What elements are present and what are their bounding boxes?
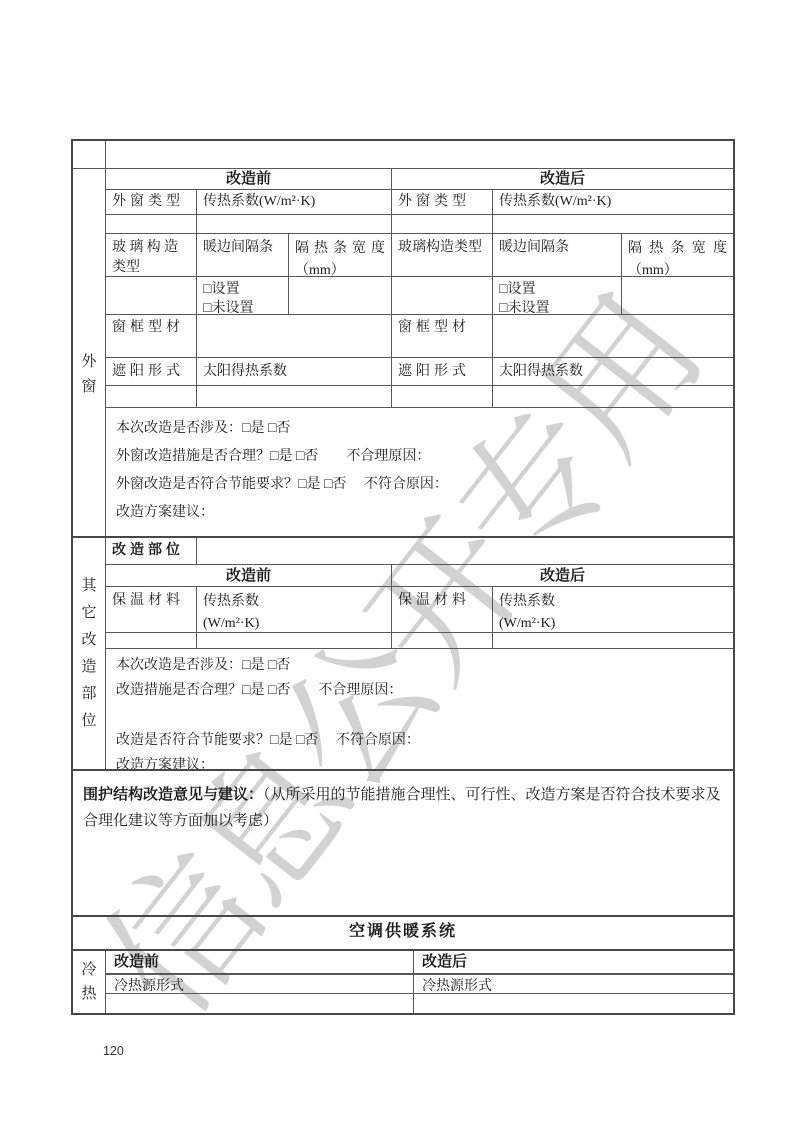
warm-edge-spacer-before-label: 暖边间隔条 — [196, 234, 288, 276]
retrofit-form-table: 外窗 改造前 改造后 外窗类型 传热系数(W/m²·K) 外窗类型 传热系数(W… — [71, 139, 735, 1015]
empty-cell — [492, 633, 733, 648]
warm-edge-spacer-after-label: 暖边间隔条 — [492, 234, 621, 276]
section-other-parts: 其它改造部位 改造部位 改造前 改造后 保温材料 传热系数 (W/m²·K) 保… — [73, 536, 733, 769]
outer-window-questions: 本次改造是否涉及：□是 □否 外窗改造措施是否合理？□是 □否 不合理原因： 外… — [106, 408, 733, 536]
after-header: 改造后 — [391, 169, 733, 189]
page-number: 120 — [103, 1044, 124, 1058]
before-header: 改造前 — [106, 169, 391, 189]
outer-window-side-label: 外窗 — [80, 350, 97, 400]
source-form-value-row — [106, 994, 733, 1013]
frame-material-before-value — [196, 315, 391, 357]
shading-form-after-label: 遮阳形式 — [391, 358, 492, 385]
spacer-checkboxes-before: □设置 □未设置 — [196, 277, 288, 314]
document-page: 信息公开专用 外窗 改造前 改造后 外窗类型 传热系数(W/m — [0, 0, 800, 1131]
heat-transfer-after-label: 传热系数 (W/m²·K) — [492, 587, 733, 632]
insulation-row: 保温材料 传热系数 (W/m²·K) 保温材料 传热系数 (W/m²·K) — [106, 587, 733, 633]
shading-form-before-label: 遮阳形式 — [106, 358, 196, 385]
question-measures-reasonable: 外窗改造措施是否合理？□是 □否 不合理原因： — [116, 443, 723, 471]
other-parts-questions-row: 本次改造是否涉及：□是 □否 改造措施是否合理？□是 □否 不合理原因： 改造是… — [106, 649, 733, 769]
before-header: 改造前 — [106, 565, 391, 586]
spacer-set-checkbox: □设置 — [203, 280, 282, 299]
before-after-header-row: 改造前 改造后 — [106, 951, 733, 975]
insulation-material-after-label: 保温材料 — [391, 587, 492, 632]
empty-cell — [106, 215, 196, 233]
spacer-unset-checkbox: □未设置 — [203, 299, 282, 314]
outer-window-questions-row: 本次改造是否涉及：□是 □否 外窗改造措施是否合理？□是 □否 不合理原因： 外… — [106, 408, 733, 536]
outer-window-side-column: 外窗 — [73, 141, 106, 536]
insulation-material-before-label: 保温材料 — [106, 587, 196, 632]
section-envelope-opinion: 围护结构改造意见与建议：（从所采用的节能措施合理性、可行性、改造方案是否符合技术… — [73, 769, 733, 915]
empty-cell — [106, 633, 196, 648]
window-type-row: 外窗类型 传热系数(W/m²·K) 外窗类型 传热系数(W/m²·K) — [106, 190, 733, 215]
empty-cell — [288, 277, 391, 314]
hvac-side-column: 冷热 — [73, 951, 106, 1013]
window-type-after-label: 外窗类型 — [391, 190, 492, 214]
envelope-opinion-title: 围护结构改造意见与建议： — [83, 787, 263, 803]
empty-cell — [196, 633, 391, 648]
question-meets-energy-code: 外窗改造是否符合节能要求？□是 □否 不符合原因： — [116, 471, 723, 499]
part-value — [196, 538, 733, 564]
frame-material-after-value — [492, 315, 733, 357]
spacer-width-after-label: 隔热条宽度（mm） — [621, 234, 733, 276]
spacer-width-before-label: 隔热条宽度（mm） — [288, 234, 391, 276]
after-header: 改造后 — [413, 951, 733, 973]
hvac-title: 空调供暖系统 — [73, 917, 733, 949]
empty-cell — [106, 277, 196, 314]
source-form-before-label: 冷热源形式 — [106, 975, 413, 993]
empty-top-row — [106, 141, 733, 169]
empty-cell — [621, 277, 733, 314]
heat-transfer-before-label: 传热系数 (W/m²·K) — [196, 587, 391, 632]
question-retrofit-suggestion: 改造方案建议： — [116, 753, 723, 769]
window-type-value-row — [106, 215, 733, 234]
spacer-checkbox-row: □设置 □未设置 □设置 □未设置 — [106, 277, 733, 315]
solar-heat-gain-before-label: 太阳得热系数 — [196, 358, 391, 385]
other-parts-side-label: 其它改造部位 — [80, 573, 97, 735]
shading-row: 遮阳形式 太阳得热系数 遮阳形式 太阳得热系数 — [106, 358, 733, 386]
hvac-side-label: 冷热 — [80, 958, 97, 1006]
source-form-after-label: 冷热源形式 — [413, 975, 733, 993]
glass-type-after-label: 玻璃构造类型 — [391, 234, 492, 276]
part-label: 改造部位 — [106, 538, 196, 564]
empty-cell — [106, 141, 733, 168]
empty-cell — [391, 633, 492, 648]
before-after-header-row: 改造前 改造后 — [106, 565, 733, 587]
envelope-opinion-block: 围护结构改造意见与建议：（从所采用的节能措施合理性、可行性、改造方案是否符合技术… — [73, 771, 733, 915]
section-outer-window: 外窗 改造前 改造后 外窗类型 传热系数(W/m²·K) 外窗类型 传热系数(W… — [73, 141, 733, 536]
glass-type-before-label: 玻璃构造类型 — [106, 234, 196, 276]
frame-material-before-label: 窗框型材 — [106, 315, 196, 357]
side-top-empty-cell — [73, 141, 105, 169]
section-hvac-source: 冷热 改造前 改造后 冷热源形式 冷热源形式 — [73, 949, 733, 1013]
empty-cell — [106, 994, 413, 1013]
section-hvac-title: 空调供暖系统 — [73, 915, 733, 949]
other-parts-questions: 本次改造是否涉及：□是 □否 改造措施是否合理？□是 □否 不合理原因： 改造是… — [106, 649, 733, 769]
blank-line — [116, 703, 723, 728]
source-form-row: 冷热源形式 冷热源形式 — [106, 975, 733, 994]
window-type-before-label: 外窗类型 — [106, 190, 196, 214]
shading-value-row — [106, 386, 733, 408]
question-measures-reasonable: 改造措施是否合理？□是 □否 不合理原因： — [116, 678, 723, 703]
empty-cell — [391, 386, 492, 407]
question-retrofit-suggestion: 改造方案建议： — [116, 499, 723, 527]
frame-material-after-label: 窗框型材 — [391, 315, 492, 357]
frame-material-row: 窗框型材 窗框型材 — [106, 315, 733, 358]
empty-cell — [391, 215, 492, 233]
spacer-checkboxes-after: □设置 □未设置 — [492, 277, 621, 314]
question-involved: 本次改造是否涉及：□是 □否 — [116, 653, 723, 678]
insulation-value-row — [106, 633, 733, 649]
question-involved: 本次改造是否涉及：□是 □否 — [116, 415, 723, 443]
empty-cell — [413, 994, 733, 1013]
solar-heat-gain-after-label: 太阳得热系数 — [492, 358, 733, 385]
empty-cell — [196, 215, 391, 233]
question-meets-energy-code: 改造是否符合节能要求？□是 □否 不符合原因： — [116, 728, 723, 753]
before-header: 改造前 — [106, 951, 413, 973]
spacer-set-checkbox: □设置 — [499, 280, 615, 299]
other-parts-side-column: 其它改造部位 — [73, 538, 106, 769]
before-after-header-row: 改造前 改造后 — [106, 169, 733, 190]
spacer-unset-checkbox: □未设置 — [499, 299, 615, 314]
empty-cell — [391, 277, 492, 314]
heat-transfer-before-label: 传热系数(W/m²·K) — [196, 190, 391, 214]
empty-cell — [492, 386, 733, 407]
empty-cell — [196, 386, 391, 407]
heat-transfer-after-label: 传热系数(W/m²·K) — [492, 190, 733, 214]
empty-cell — [106, 386, 196, 407]
part-label-row: 改造部位 — [106, 538, 733, 565]
empty-cell — [492, 215, 733, 233]
after-header: 改造后 — [391, 565, 733, 586]
glass-structure-row: 玻璃构造类型 暖边间隔条 隔热条宽度（mm） 玻璃构造类型 暖边间隔条 隔热条宽… — [106, 234, 733, 277]
